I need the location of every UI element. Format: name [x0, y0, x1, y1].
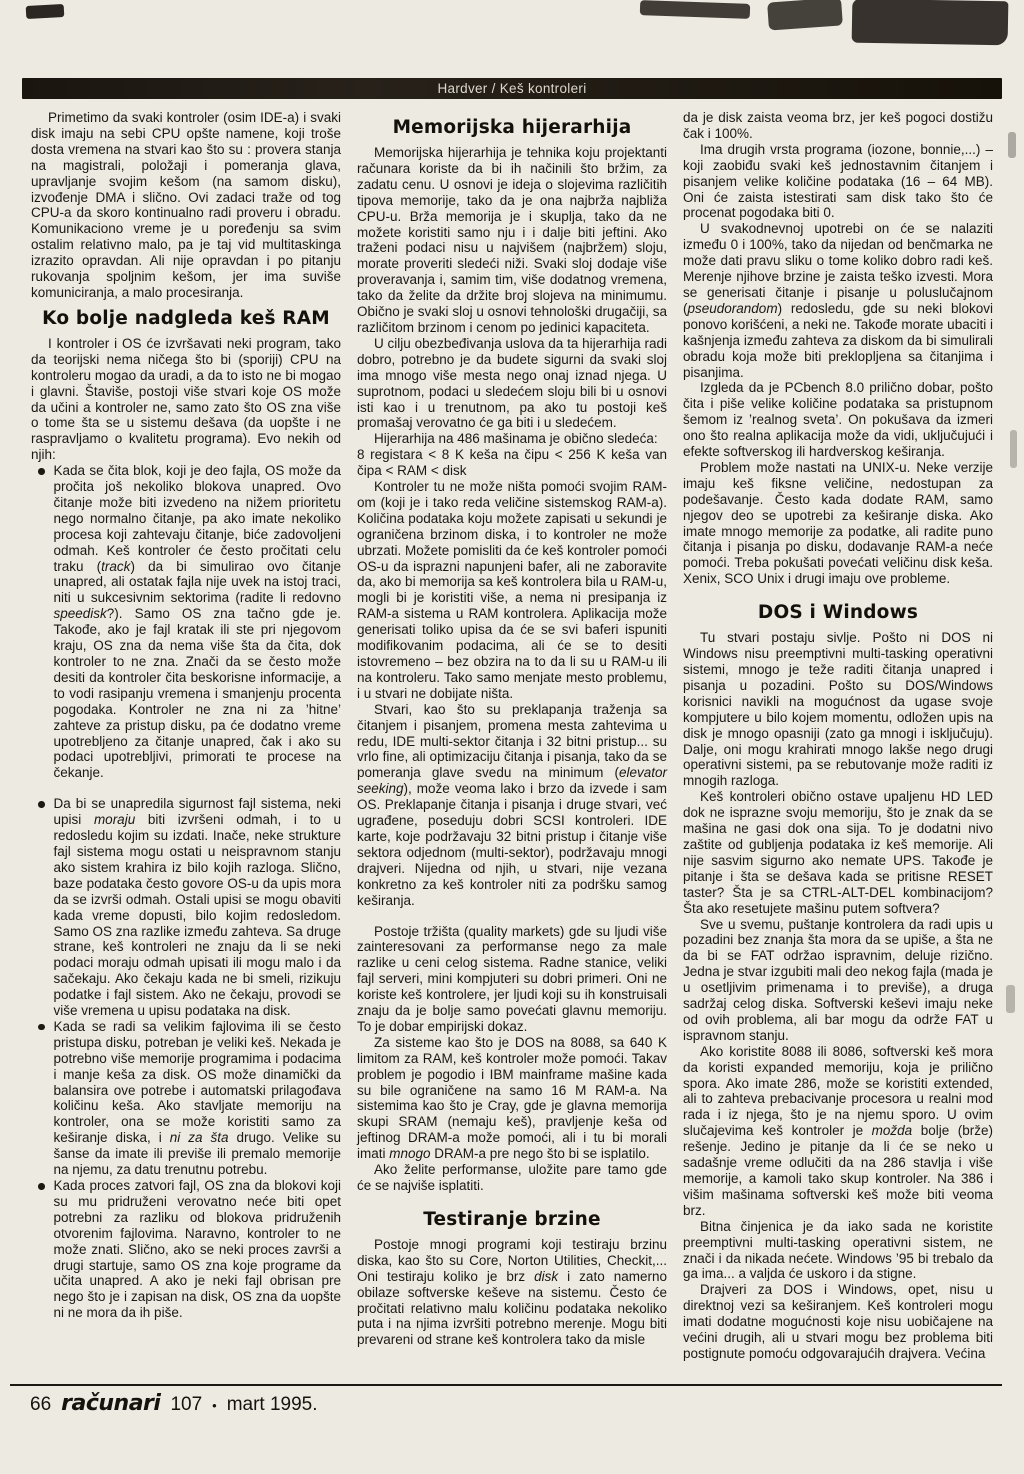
section-heading: Ko bolje nadgleda keš RAM — [31, 308, 341, 330]
bullet-item: Kada se čita blok, koji je deo fajla, OS… — [31, 463, 341, 781]
paragraph: Stvari, kao što su preklapanja traženja … — [357, 702, 667, 909]
paragraph: Memorijska hijerarhija je tehnika koju p… — [357, 145, 667, 336]
bullet-text: Da bi se unapredila sigurnost fajl siste… — [54, 796, 342, 1019]
paragraph: Ima drugih vrsta programa (iozone, bonni… — [683, 142, 993, 222]
paragraph: Postoje tržišta (quality markets) gde su… — [357, 924, 667, 1035]
paragraph: Tu stvari postaju sivlje. Pošto ni DOS n… — [683, 630, 993, 789]
footer-rule — [10, 1384, 1002, 1386]
paragraph: Problem može nastati na UNIX-u. Neke ver… — [683, 460, 993, 587]
article-body: Primetimo da svaki kontroler (osim IDE-a… — [31, 110, 993, 1374]
column-2: Memorijska hijerarhijaMemorijska hijerar… — [357, 110, 667, 1374]
bullet-text: Kada se čita blok, koji je deo fajla, OS… — [54, 463, 342, 781]
paragraph: U svakodnevnoj upotrebi on će se nalazit… — [683, 221, 993, 380]
bullet-text: Kada se radi sa velikim fajlovima ili se… — [54, 1019, 342, 1178]
paragraph: Ako koristite 8088 ili 8086, softverski … — [683, 1044, 993, 1219]
scan-artifact — [1008, 132, 1016, 158]
paragraph: Postoje mnogi programi koji testiraju br… — [357, 1237, 667, 1348]
paragraph: I kontroler i OS će izvršavati neki prog… — [31, 336, 341, 463]
bullet-icon — [38, 1183, 45, 1190]
section-header-bar: Hardver / Keš kontroleri — [22, 78, 1002, 99]
bullet-icon — [38, 1024, 45, 1031]
paragraph: Izgleda da je PCbench 8.0 prilično dobar… — [683, 380, 993, 460]
scan-artifact — [852, 0, 1009, 45]
bullet-item: Da bi se unapredila sigurnost fajl siste… — [31, 796, 341, 1019]
bullet-item: Kada se radi sa velikim fajlovima ili se… — [31, 1019, 341, 1178]
paragraph: Drajveri za DOS i Windows, opet, nisu u … — [683, 1282, 993, 1362]
issue-number: 107 — [170, 1394, 202, 1416]
paragraph: Bitna činjenica je da iako sada ne koris… — [683, 1219, 993, 1283]
bullet-icon — [38, 468, 45, 475]
scan-artifact — [26, 4, 65, 19]
scan-artifact — [1010, 430, 1017, 468]
section-header-label: Hardver / Keš kontroleri — [437, 82, 586, 96]
magazine-logo: računari — [61, 1391, 160, 1416]
bullet-icon — [38, 801, 45, 808]
page-footer: 66 računari 107 • mart 1995. — [30, 1391, 318, 1416]
paragraph: Hijerarhija na 486 mašinama je obično sl… — [357, 431, 667, 447]
paragraph: U cilju obezbeđivanja uslova da ta hijer… — [357, 336, 667, 431]
bullet-item: Kada proces zatvori fajl, OS zna da blok… — [31, 1178, 341, 1321]
section-heading: Memorijska hijerarhija — [357, 117, 667, 139]
section-heading: Testiranje brzine — [357, 1209, 667, 1231]
paragraph: da je disk zaista veoma brz, jer keš pog… — [683, 110, 993, 142]
scan-artifact — [640, 0, 750, 19]
column-3: da je disk zaista veoma brz, jer keš pog… — [683, 110, 993, 1374]
bullet-text: Kada proces zatvori fajl, OS zna da blok… — [54, 1178, 342, 1321]
paragraph: Kontroler tu ne može ništa pomoći svojim… — [357, 479, 667, 702]
paragraph: 8 registara < 8 K keša na čipu < 256 K k… — [357, 447, 667, 479]
page-number: 66 — [30, 1394, 51, 1416]
issue-date: mart 1995. — [227, 1394, 318, 1416]
scan-artifact — [767, 0, 843, 31]
paragraph: Primetimo da svaki kontroler (osim IDE-a… — [31, 110, 341, 301]
paragraph: Za sisteme kao što je DOS na 8088, sa 64… — [357, 1035, 667, 1162]
paragraph: Sve u svemu, puštanje kontrolera da radi… — [683, 917, 993, 1044]
footer-bullet-icon: • — [212, 1398, 217, 1413]
paragraph: Ako želite performanse, uložite pare tam… — [357, 1162, 667, 1194]
magazine-page: Hardver / Keš kontroleri Primetimo da sv… — [0, 0, 1024, 1474]
paragraph: Keš kontroleri obično ostave upaljenu HD… — [683, 789, 993, 916]
scan-artifact — [1006, 985, 1015, 1013]
section-heading: DOS i Windows — [683, 602, 993, 624]
column-1: Primetimo da svaki kontroler (osim IDE-a… — [31, 110, 341, 1374]
